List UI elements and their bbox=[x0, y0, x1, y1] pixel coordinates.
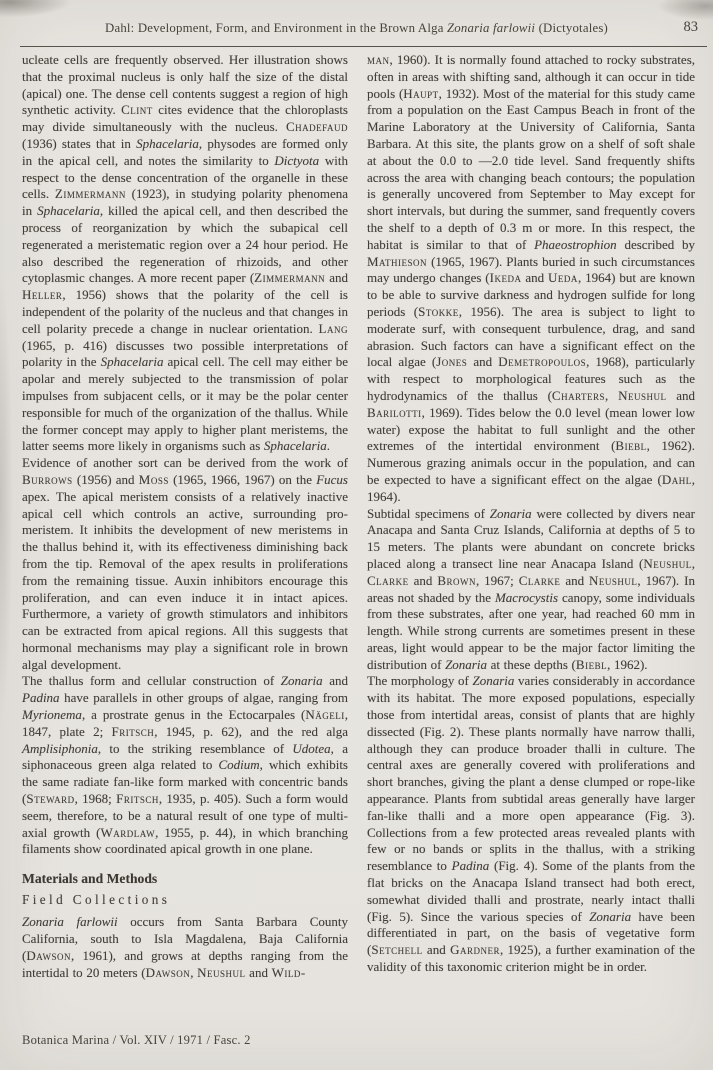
text-run-smallcaps: Nägeli bbox=[305, 707, 344, 722]
text-run-smallcaps: Wild- bbox=[272, 965, 306, 980]
text-run-smallcaps: Burrows bbox=[22, 472, 73, 487]
text-run: and bbox=[666, 388, 695, 403]
text-run-italic: Codium bbox=[218, 757, 259, 772]
text-run-smallcaps: Zimmermann bbox=[55, 186, 126, 201]
text-run: , a prostrate genus in the Ectocarpales … bbox=[82, 707, 305, 722]
text-run: apex. The apical meristem consists of a … bbox=[22, 489, 348, 672]
text-run: and bbox=[325, 270, 348, 285]
text-run: and bbox=[521, 270, 548, 285]
text-run: , 1967; bbox=[476, 573, 519, 588]
text-run-smallcaps: Lang bbox=[319, 321, 348, 336]
text-run-italic: Fucus bbox=[316, 472, 348, 487]
text-run-smallcaps: Heller bbox=[22, 287, 62, 302]
text-run-italic: Phaeostrophion bbox=[534, 237, 617, 252]
text-run: and bbox=[323, 673, 348, 688]
paragraph: Evidence of another sort can be derived … bbox=[22, 455, 348, 673]
text-run: , bbox=[605, 388, 618, 403]
text-run-smallcaps: Neushul bbox=[197, 965, 245, 980]
two-column-text-area: ucleate cells are frequently observed. H… bbox=[22, 52, 695, 981]
text-run: Evidence of another sort can be derived … bbox=[22, 455, 348, 470]
text-run-italic: Zonaria bbox=[445, 657, 487, 672]
text-run-smallcaps: Neushul bbox=[618, 388, 666, 403]
text-run: varies considerably in accordance with i… bbox=[367, 673, 695, 873]
text-run: at these depths ( bbox=[487, 657, 576, 672]
text-run-smallcaps: Fritsch bbox=[116, 791, 159, 806]
text-run-smallcaps: Chadefaud bbox=[286, 119, 348, 134]
text-run-italic: Zonaria bbox=[473, 673, 515, 688]
text-run: Dahl: Development, Form, and Environment… bbox=[105, 21, 447, 35]
text-run-italic: Dictyota bbox=[274, 153, 319, 168]
text-run-italic: Zonaria farlowii bbox=[22, 914, 118, 929]
text-run: and bbox=[409, 573, 438, 588]
text-run: , bbox=[692, 556, 695, 571]
text-run-smallcaps: Brown bbox=[437, 573, 476, 588]
text-run-smallcaps: Clarke bbox=[519, 573, 561, 588]
paragraph: Zonaria farlowii occurs from Santa Barba… bbox=[22, 914, 348, 981]
text-run-smallcaps: Gardner bbox=[450, 942, 500, 957]
journal-footer: Botanica Marina / Vol. XIV / 1971 / Fasc… bbox=[22, 1033, 251, 1048]
text-run-italic: Zonaria bbox=[281, 673, 323, 688]
text-run: and bbox=[560, 573, 589, 588]
text-run-smallcaps: Barilotti bbox=[367, 405, 422, 420]
text-run-smallcaps: Demetropoulos bbox=[498, 354, 586, 369]
text-run-italic: Sphacelaria bbox=[136, 136, 199, 151]
text-run-smallcaps: man bbox=[367, 52, 390, 67]
paragraph: man, 1960). It is normally found attache… bbox=[367, 52, 695, 506]
text-run-italic: Sphacelaria bbox=[264, 438, 327, 453]
text-run-smallcaps: Jones bbox=[436, 354, 467, 369]
text-run: The morphology of bbox=[367, 673, 473, 688]
text-run-italic: Zonaria farlowii bbox=[447, 21, 535, 35]
text-run: and bbox=[467, 354, 498, 369]
text-run-smallcaps: Neushul bbox=[643, 556, 691, 571]
text-run-smallcaps: Biebl bbox=[615, 438, 646, 453]
text-run: (1936) states that in bbox=[22, 136, 136, 151]
journal-page: Dahl: Development, Form, and Environment… bbox=[0, 0, 713, 1070]
text-run-italic: Padina bbox=[22, 690, 60, 705]
text-run-smallcaps: Steward bbox=[26, 791, 74, 806]
text-run-smallcaps: Haupt bbox=[403, 86, 438, 101]
text-run-italic: Macrocystis bbox=[495, 590, 558, 605]
text-run: (1965, 1966, 1967) on the bbox=[169, 472, 316, 487]
text-run-smallcaps: Moss bbox=[139, 472, 169, 487]
subsection-heading: Field Collections bbox=[22, 891, 348, 909]
text-run-smallcaps: Setchell bbox=[371, 942, 422, 957]
right-column: man, 1960). It is normally found attache… bbox=[367, 52, 695, 981]
text-run-italic: Sphacelaria bbox=[101, 354, 164, 369]
text-run: (Dictyotales) bbox=[535, 21, 608, 35]
text-run-italic: Myrionema bbox=[22, 707, 82, 722]
text-run-smallcaps: Clarke bbox=[367, 573, 409, 588]
text-run: . bbox=[327, 438, 330, 453]
section-heading: Materials and Methods bbox=[22, 870, 348, 888]
text-run-italic: Amplisiphonia bbox=[22, 741, 98, 756]
text-run-smallcaps: Fritsch bbox=[112, 724, 155, 739]
header-rule bbox=[20, 46, 707, 47]
text-run: have parallels in other groups of algae,… bbox=[60, 690, 348, 705]
left-column: ucleate cells are frequently observed. H… bbox=[22, 52, 348, 981]
text-run-italic: Padina bbox=[452, 858, 490, 873]
text-run-italic: Udotea bbox=[292, 741, 330, 756]
paragraph: The thallus form and cellular constructi… bbox=[22, 673, 348, 858]
page-number: 83 bbox=[684, 19, 699, 36]
text-run-italic: Zonaria bbox=[490, 506, 532, 521]
text-run: , 1956) shows that the polarity of the c… bbox=[22, 287, 348, 336]
text-run-italic: Zonaria bbox=[589, 909, 631, 924]
running-head-title: Dahl: Development, Form, and Environment… bbox=[0, 21, 713, 36]
text-run: , 1968; bbox=[75, 791, 117, 806]
text-run-smallcaps: Biebl bbox=[576, 657, 607, 672]
text-run-smallcaps: Dawson bbox=[146, 965, 191, 980]
text-run-italic: Sphacelaria bbox=[37, 203, 100, 218]
paragraph: Subtidal specimens of Zonaria were colle… bbox=[367, 506, 695, 674]
text-run-smallcaps: Wardlaw bbox=[101, 825, 156, 840]
text-run-smallcaps: Stokke bbox=[418, 304, 459, 319]
paragraph: The morphology of Zonaria varies conside… bbox=[367, 673, 695, 975]
text-run: The thallus form and cellular constructi… bbox=[22, 673, 281, 688]
text-run-smallcaps: Dahl bbox=[662, 472, 692, 487]
text-run: , to the striking resemblance of bbox=[98, 741, 293, 756]
text-run: and bbox=[246, 965, 272, 980]
text-run: (1956) and bbox=[73, 472, 139, 487]
text-run-smallcaps: Charters bbox=[552, 388, 605, 403]
text-run-smallcaps: Clint bbox=[121, 102, 153, 117]
text-run-smallcaps: Neushul bbox=[589, 573, 637, 588]
text-run-smallcaps: Dawson bbox=[26, 948, 71, 963]
text-run: , 1932). Most of the material for this s… bbox=[367, 86, 695, 252]
text-run: described by bbox=[617, 237, 695, 252]
text-run-smallcaps: Ueda bbox=[548, 270, 578, 285]
text-run: and bbox=[423, 942, 450, 957]
text-run: , 1962). bbox=[607, 657, 647, 672]
text-run-smallcaps: Zimmermann bbox=[254, 270, 325, 285]
paragraph: ucleate cells are frequently observed. H… bbox=[22, 52, 348, 455]
text-run: , 1945, p. 62), and the red alga bbox=[154, 724, 348, 739]
text-run-smallcaps: Ikeda bbox=[490, 270, 522, 285]
text-run-smallcaps: Mathieson bbox=[367, 254, 427, 269]
text-run: Subtidal specimens of bbox=[367, 506, 490, 521]
